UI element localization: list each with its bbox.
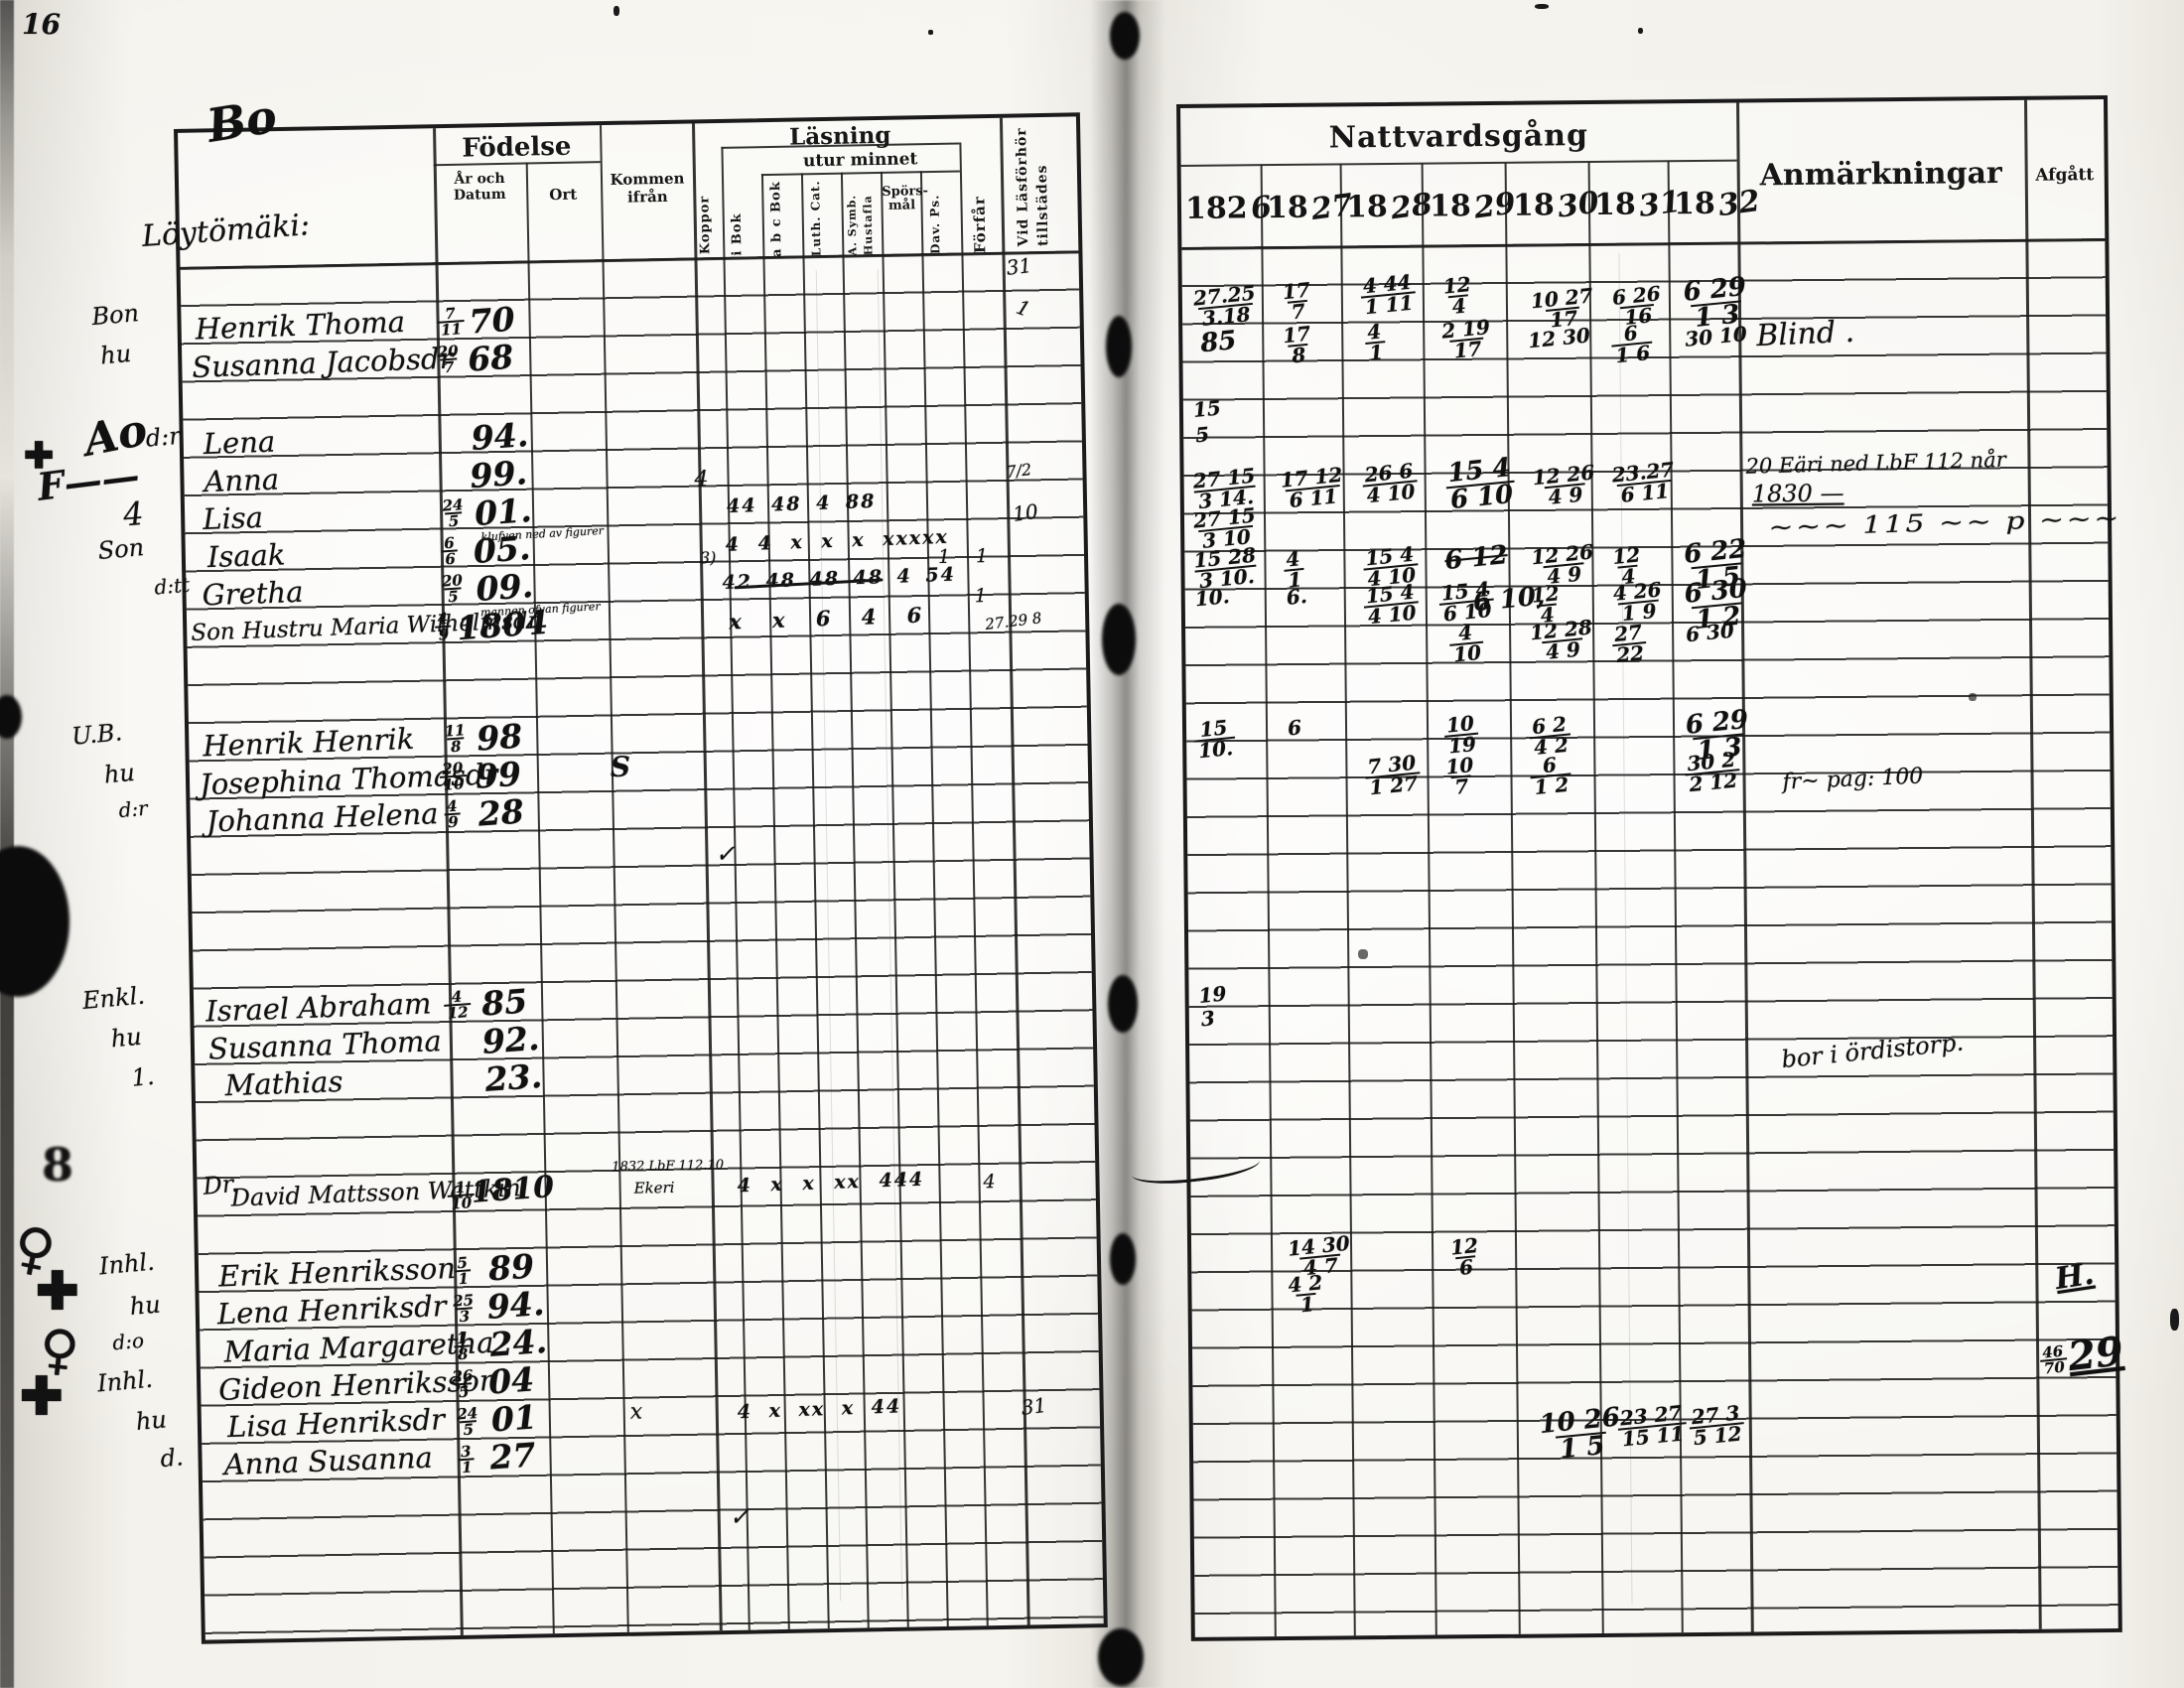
communion-mark: 12 30 xyxy=(1526,326,1593,351)
birth-date: 253 xyxy=(451,1293,478,1325)
communion-mark: 3 xyxy=(1198,1009,1218,1030)
year-header: 1830 xyxy=(1513,188,1599,223)
person-name: Lisa xyxy=(203,500,264,536)
col-header-ar-och-datum: År och Datum xyxy=(436,171,524,205)
vid-lasforhor-mark: 10 xyxy=(1012,499,1039,526)
margin-label: Enkl. xyxy=(81,982,146,1015)
communion-mark: 4 261 9 xyxy=(1610,580,1666,625)
vid-lasforhor-mark: 31 xyxy=(1005,253,1032,280)
col-header-koppor: Koppor xyxy=(697,165,714,254)
communion-mark: 1019 xyxy=(1442,714,1480,757)
birth-date: 265 xyxy=(450,1368,477,1400)
ink-speck xyxy=(928,30,933,35)
birth-year: 27 xyxy=(488,1435,537,1477)
margin-label: hu xyxy=(99,340,132,370)
col-header-luth-cat: Luth. Cat. xyxy=(808,181,823,256)
communion-mark: 15 46 10 xyxy=(1443,456,1517,513)
margin-label: 1. xyxy=(130,1062,155,1092)
birth-year: 04 xyxy=(487,1359,536,1401)
person-name: Mathias xyxy=(224,1064,343,1102)
birth-date: 412 xyxy=(443,989,472,1021)
koppor-check-mark: ✓ xyxy=(715,840,736,868)
ink-speck xyxy=(2170,1309,2179,1331)
margin-label: U.B. xyxy=(70,718,123,750)
afgatt-mark: H. xyxy=(2053,1257,2097,1297)
margin-label: d:tt xyxy=(153,573,191,600)
birth-date: 245 xyxy=(440,497,467,529)
birth-year: 1810 xyxy=(471,1170,556,1210)
ink-blob xyxy=(0,846,69,997)
communion-mark: 23 2715 11 xyxy=(1616,1403,1688,1449)
remark-note: 1830 — xyxy=(1752,480,1844,508)
communion-mark: 107 xyxy=(1443,756,1479,798)
communion-mark: 30 10 xyxy=(1683,325,1750,350)
birth-date: 31 xyxy=(458,1444,477,1476)
col-header-i-bok: i Bok xyxy=(729,176,745,255)
gutter-blob xyxy=(1098,1628,1144,1686)
communion-mark: 1510. xyxy=(1192,718,1236,762)
kommen-note: 1832 LbF 112.10 xyxy=(612,1158,724,1175)
col-header-a-symb: A. Symb. xyxy=(845,178,859,255)
year-header: 1832 xyxy=(1674,186,1760,221)
col-header-kommen-ifran: Kommen ifrån xyxy=(603,169,693,207)
birth-year: 09. xyxy=(475,566,534,609)
person-name: Isaak xyxy=(206,537,286,574)
gutter-blob xyxy=(1110,1233,1136,1285)
year-header: 1828 xyxy=(1346,190,1433,225)
communion-mark: 410 xyxy=(1447,623,1485,665)
margin-label: d:o xyxy=(111,1329,145,1355)
page-number: 16 xyxy=(22,8,61,41)
gutter-blob xyxy=(1106,316,1132,377)
communion-mark: 6 30 xyxy=(1683,621,1736,644)
col-header-utur-minnet: utur minnet xyxy=(761,148,960,172)
communion-mark: 6 12 xyxy=(1441,543,1510,574)
scanned-parish-register: 16 ✚ 8 ♀ ✚ ♀ ✚ Födelse År och Datum Ort … xyxy=(0,0,2184,1688)
forstar-mark: 4 xyxy=(983,1171,995,1193)
birth-date: 66 xyxy=(441,535,460,567)
birth-date: 49 xyxy=(444,798,463,830)
communion-mark: 27 35 12 xyxy=(1688,1403,1745,1448)
birth-year: 99 xyxy=(475,755,523,796)
col-header-dav-ps: Dav. Ps. xyxy=(927,179,942,254)
ink-speck xyxy=(1535,4,1549,9)
col-header-lasning: Läsning xyxy=(721,121,959,152)
communion-mark: 4 441 11 xyxy=(1359,272,1417,317)
birth-year: 70 xyxy=(468,300,516,342)
birth-date: 711 xyxy=(437,306,466,338)
birth-year: 28 xyxy=(477,792,525,834)
col-header-afgatt: Afgått xyxy=(2025,165,2105,186)
margin-label: Son xyxy=(97,533,146,565)
col-header-abc-bok: a b c Bok xyxy=(768,182,784,257)
col-header-forfar: Förfår xyxy=(970,168,990,253)
margin-label: hu xyxy=(135,1405,168,1436)
communion-mark: 2722 xyxy=(1610,623,1648,665)
margin-label: Inhl. xyxy=(98,1248,156,1281)
household-scrawl: Bo xyxy=(204,89,280,153)
birth-year: 94. xyxy=(470,415,529,458)
birth-date: 2010 xyxy=(439,761,468,792)
village-name: Löytömäki: xyxy=(141,208,311,254)
col-header-sporsmal: Spörs- mål xyxy=(882,185,922,213)
margin-label: 4 xyxy=(121,494,145,534)
year-header: 1826 xyxy=(1185,191,1272,226)
birth-date: 51 xyxy=(454,1255,473,1287)
kommen-mark: x xyxy=(630,1400,643,1425)
communion-mark: 27.253.18 xyxy=(1190,283,1260,329)
margin-label: d:r xyxy=(145,422,182,453)
right-page-table: Nattvardsgång Anmärkningar Afgått 1826 1… xyxy=(1176,95,2122,1641)
communion-mark: 15 44 10 xyxy=(1362,582,1420,627)
birth-year: 01 xyxy=(490,1397,539,1439)
birth-date: 245 xyxy=(455,1406,481,1438)
col-header-tillstades: tillstädes xyxy=(1033,143,1051,246)
scan-left-edge xyxy=(0,0,14,1688)
left-page-table: Födelse År och Datum Ort Kommen ifrån Ko… xyxy=(174,112,1108,1643)
person-name: Lena xyxy=(203,425,276,462)
col-header-vid-lasforhor: Vid Läsförhör xyxy=(1014,125,1031,246)
communion-mark: 4 21 xyxy=(1286,1273,1327,1317)
kommen-note: Ekeri xyxy=(633,1179,674,1197)
communion-mark: 178 xyxy=(1280,324,1315,366)
col-header-ort: Ort xyxy=(528,185,598,204)
communion-mark: 23.276 11 xyxy=(1609,460,1679,505)
year-header: 1831 xyxy=(1594,187,1681,222)
margin-label: d:r xyxy=(118,796,149,822)
communion-mark: 15 xyxy=(1190,398,1224,420)
communion-mark: 12 284 9 xyxy=(1527,618,1596,663)
person-name: Anna xyxy=(204,462,280,498)
communion-mark: 6. xyxy=(1284,587,1310,608)
birth-year: 94. xyxy=(485,1284,545,1327)
koppor-check-mark: ✓ xyxy=(729,1503,750,1531)
birth-year: 99. xyxy=(469,453,528,495)
communion-mark: 41 xyxy=(1363,322,1387,363)
ink-blot-8: 8 xyxy=(42,1138,73,1192)
communion-mark: 124 xyxy=(1440,275,1476,318)
communion-mark: 2 1917 xyxy=(1438,318,1494,362)
gutter-blob xyxy=(1110,12,1140,60)
afgatt-mark: 29 xyxy=(2066,1328,2126,1380)
vid-lasforhor-mark: 7/2 xyxy=(1005,460,1032,482)
margin-label: Inhl. xyxy=(96,1365,154,1398)
margin-label: hu xyxy=(110,1023,143,1054)
communion-mark: 5 xyxy=(1192,425,1212,446)
communion-mark: 19 xyxy=(1196,984,1230,1006)
gutter-blob xyxy=(1102,604,1136,675)
birth-date: 49 xyxy=(434,612,453,643)
communion-mark: 6 xyxy=(1285,718,1304,739)
communion-mark: 10 261 5 xyxy=(1537,1405,1626,1464)
margin-label: d. xyxy=(159,1443,184,1473)
koppor-mark: 4 xyxy=(694,467,708,492)
communion-mark: 177 xyxy=(1280,280,1315,323)
birth-year: 85 xyxy=(480,981,529,1023)
birth-date: 205 xyxy=(439,573,466,605)
communion-mark: 17 126 11 xyxy=(1278,466,1347,511)
col-header-anmarkningar: Anmärkningar xyxy=(1737,156,2025,194)
margin-label: hu xyxy=(129,1290,162,1321)
ink-blob xyxy=(0,695,22,739)
communion-mark: 10. xyxy=(1192,587,1232,610)
afgatt-mark: 4670 xyxy=(2039,1343,2069,1376)
ink-speck xyxy=(614,6,619,16)
cross-icon: ✚ xyxy=(20,1366,64,1427)
vid-lasforhor-mark: 31 xyxy=(1020,1393,1047,1420)
forstar-mark: 1 xyxy=(976,545,988,567)
communion-mark: 30 22 12 xyxy=(1684,750,1741,794)
birth-year: 98 xyxy=(476,717,524,759)
communion-mark: 126 xyxy=(1447,1236,1483,1279)
birth-year: 68 xyxy=(467,338,515,379)
koppor-mark: 3) xyxy=(700,548,717,567)
communion-mark: 6 24 2 xyxy=(1528,715,1571,759)
communion-mark: 61 6 xyxy=(1610,323,1654,366)
ink-speck xyxy=(1638,28,1643,34)
communion-mark: 12 264 9 xyxy=(1530,463,1599,508)
person-name: Gretha xyxy=(202,575,304,613)
birth-date: 118 xyxy=(442,723,469,755)
cross-icon: ✚ xyxy=(36,1261,79,1322)
margin-label: hu xyxy=(103,759,136,789)
kommen-mark: S xyxy=(611,751,631,783)
gutter-blob xyxy=(1108,975,1138,1033)
communion-mark: 7 301 27 xyxy=(1364,753,1422,797)
margin-label: Bon xyxy=(90,299,140,331)
birth-year: 23. xyxy=(483,1056,543,1099)
communion-mark: 26 64 10 xyxy=(1361,461,1419,505)
col-header-hustafla: Hustafla xyxy=(861,178,875,255)
communion-mark: 6 2616 xyxy=(1609,284,1665,329)
birth-date: 18 xyxy=(453,1331,472,1362)
birth-year: 01. xyxy=(474,491,533,533)
birth-year: 24. xyxy=(488,1322,548,1364)
birth-date: 207 xyxy=(435,344,462,375)
communion-mark: 85 xyxy=(1197,329,1239,356)
forstar-mark: 1 xyxy=(938,546,950,568)
remark-blind: Blind . xyxy=(1756,315,1855,353)
col-header-fodelse: Födelse xyxy=(433,131,601,164)
communion-mark: 61 2 xyxy=(1529,755,1572,798)
year-header: 1827 xyxy=(1267,190,1353,225)
col-header-nattvardsgang: Nattvardsgång xyxy=(1180,117,1736,157)
forstar-mark: 1 xyxy=(975,585,987,607)
birth-year: 92. xyxy=(481,1019,541,1061)
birth-year: 89 xyxy=(487,1246,536,1288)
year-header: 1829 xyxy=(1430,189,1516,224)
